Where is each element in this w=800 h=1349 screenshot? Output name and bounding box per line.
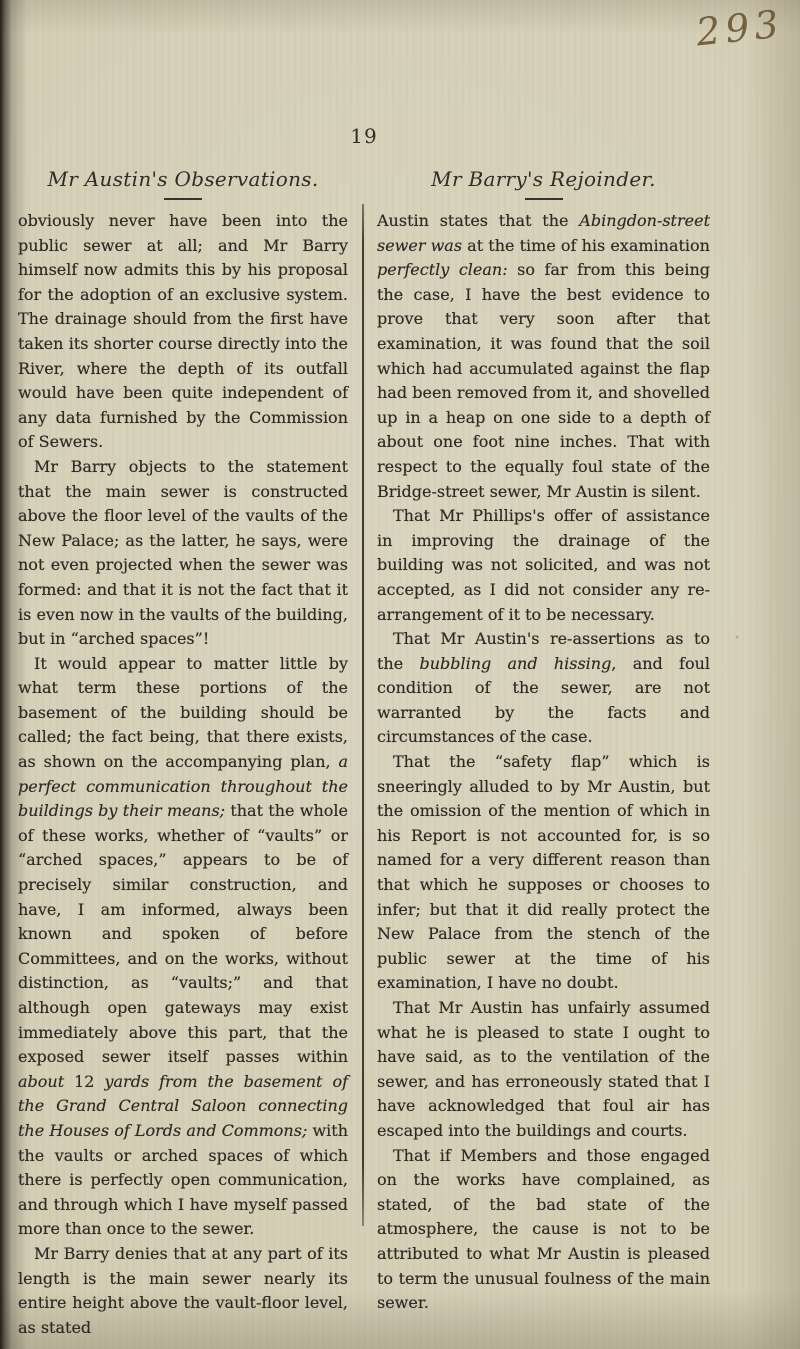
italic-text-segment: about: [18, 1072, 64, 1091]
right-column-header: Mr Barry's Rejoinder.: [377, 167, 710, 191]
text-segment: at the time of his examination: [462, 236, 710, 255]
text-segment: Mr Barry denies that at any part of its …: [18, 1244, 348, 1337]
paragraph: Mr Barry denies that at any part of its …: [18, 1242, 348, 1340]
text-segment: obviously never have been into the publi…: [18, 211, 348, 451]
paragraph: That if Members and those engaged on the…: [377, 1144, 710, 1316]
paragraph: That Mr Phillips's offer of assistance i…: [377, 504, 710, 627]
text-segment: Austin states that the: [377, 211, 579, 230]
handwritten-folio-number: 293: [694, 2, 786, 55]
left-column-body: obviously never have been into the publi…: [18, 209, 348, 1340]
paragraph: That the “safety flap” which is sneering…: [377, 750, 710, 996]
left-header-rule: [164, 198, 202, 200]
paragraph: That Mr Austin's re-assertions as to the…: [377, 627, 710, 750]
text-segment: that the whole of these works, whether o…: [18, 801, 348, 1066]
italic-text-segment: perfectly clean:: [377, 260, 508, 279]
paragraph: obviously never have been into the publi…: [18, 209, 348, 455]
page-number: 19: [18, 124, 710, 148]
text-segment: That the “safety flap” which is sneering…: [377, 752, 710, 992]
paragraph: Mr Barry objects to the statement that t…: [18, 455, 348, 652]
right-header-rule: [525, 198, 563, 200]
column-austin-observations: Mr Austin's Observations. obviously neve…: [18, 167, 348, 1340]
book-page: 293 19 Mr Austin's Observations. obvious…: [0, 0, 800, 1349]
text-segment: Mr Barry objects to the statement that t…: [18, 457, 348, 648]
text-segment: so far from this being the case, I have …: [377, 260, 710, 500]
paragraph: That Mr Austin has unfairly assumed what…: [377, 996, 710, 1144]
right-column-body: Austin states that the Abingdon-street s…: [377, 209, 710, 1316]
paragraph: Austin states that the Abingdon-street s…: [377, 209, 710, 504]
paragraph: It would appear to matter little by what…: [18, 652, 348, 1242]
text-segment: It would appear to matter little by what…: [18, 654, 348, 771]
left-column-header: Mr Austin's Observations.: [18, 167, 348, 191]
text-segment: That Mr Austin has unfairly assumed what…: [377, 998, 710, 1140]
text-segment: That Mr Phillips's offer of assistance i…: [377, 506, 710, 623]
text-segment: That if Members and those engaged on the…: [377, 1146, 710, 1313]
column-barry-rejoinder: Mr Barry's Rejoinder. Austin states that…: [377, 167, 710, 1316]
italic-text-segment: bubbling and hissing: [419, 654, 611, 673]
text-segment: 12: [64, 1072, 104, 1091]
column-divider-rule: [362, 204, 364, 1226]
